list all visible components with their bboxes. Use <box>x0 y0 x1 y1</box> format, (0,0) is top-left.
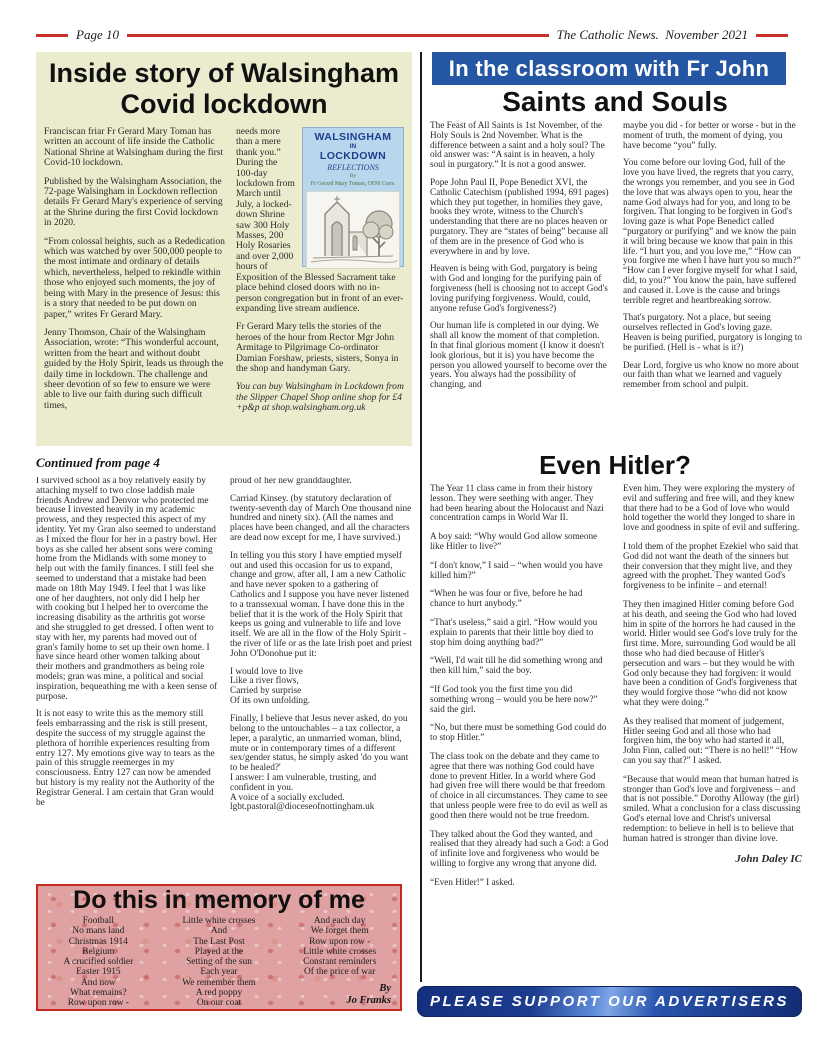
book-subtitle: REFLECTIONS <box>306 162 400 173</box>
classroom-banner-label: In the classroom with Fr John <box>449 56 769 82</box>
hitler-column-2-text: Even him. They were exploring the myster… <box>623 484 802 843</box>
paragraph: Pope John Paul II, Pope Benedict XVI, th… <box>430 178 609 256</box>
poem-line: The Last Post <box>159 937 280 947</box>
poem-line: On our coat <box>159 998 280 1008</box>
walsingham-headline: Inside story of Walsingham Covid lockdow… <box>44 58 404 120</box>
saints-column-1: The Feast of All Saints is 1st November,… <box>430 121 609 451</box>
paragraph: Finally, I believe that Jesus never aske… <box>230 715 412 774</box>
paragraph: proud of her new granddaughter. <box>230 477 412 487</box>
paragraph: Jenny Thomson, Chair of the Walsingham A… <box>44 328 226 411</box>
memory-column-2: Little white crossesAndThe Last PostPlay… <box>159 916 280 1009</box>
poem-line: Christmas 1914 <box>38 937 159 947</box>
masthead-rule-left <box>36 34 68 37</box>
paragraph: Carriad Kinsey. (by statutory declaratio… <box>230 495 412 544</box>
paragraph: They talked about the God they wanted, a… <box>430 830 609 869</box>
book-by-label: By <box>306 173 400 180</box>
walsingham-column-2: WALSINGHAM IN LOCKDOWN REFLECTIONS By Fr… <box>236 127 404 422</box>
paragraph: Our human life is completed in our dying… <box>430 321 609 390</box>
paragraph: “Well, I'd wait till he did something wr… <box>430 656 609 676</box>
continued-column-1: I survived school as a boy relatively ea… <box>36 477 218 881</box>
poem-line: And each day <box>279 916 400 926</box>
poem-line: Easter 1915 <box>38 967 159 977</box>
abbey-sketch-image <box>306 191 400 269</box>
poem-line: Played at the <box>159 947 280 957</box>
saints-article: The Feast of All Saints is 1st November,… <box>430 121 802 451</box>
paragraph: maybe you did - for better or worse - bu… <box>623 121 802 150</box>
memory-byline: By Jo Franks <box>346 983 391 1006</box>
paragraph: The Feast of All Saints is 1st November,… <box>430 121 609 170</box>
paragraph: I survived school as a boy relatively ea… <box>36 477 218 702</box>
paragraph: The class took on the debate and they ca… <box>430 752 609 821</box>
poem-line: We remember them <box>159 978 280 988</box>
newspaper-page: Page 10 The Catholic News. November 2021… <box>0 0 820 1049</box>
book-author: Fr Gerard Mary Toman, OFM Conv. <box>306 180 400 188</box>
poem-line: A crucified soldier <box>38 957 159 967</box>
paragraph: lgbt.pastoral@dioceseofnottingham.uk <box>230 803 412 813</box>
continued-column-2: proud of her new granddaughter.Carriad K… <box>230 477 412 881</box>
masthead: Page 10 The Catholic News. November 2021 <box>36 26 788 44</box>
walsingham-article: Inside story of Walsingham Covid lockdow… <box>36 52 412 446</box>
paragraph: I told them of the prophet Ezekiel who s… <box>623 542 802 591</box>
poem-line: Setting of the sun <box>159 957 280 967</box>
paragraph: Franciscan friar Fr Gerard Mary Toman ha… <box>44 127 226 169</box>
poem-line: Row upon row - <box>38 998 159 1008</box>
poem-line: A red poppy <box>159 988 280 998</box>
author-byline: John Daley IC <box>623 853 802 865</box>
paragraph: The Year 11 class came in from their his… <box>430 484 609 523</box>
paragraph: In telling you this story I have emptied… <box>230 552 412 660</box>
poem-line: Each year <box>159 967 280 977</box>
saints-headline: Saints and Souls <box>428 86 802 118</box>
poem-line: And now <box>38 978 159 988</box>
paragraph: “When he was four or five, before he had… <box>430 589 609 609</box>
book-title-line1: WALSINGHAM <box>306 132 400 143</box>
memory-byline-by: By <box>346 983 391 995</box>
walsingham-column-1: Franciscan friar Fr Gerard Mary Toman ha… <box>44 127 226 422</box>
column-divider <box>420 52 422 982</box>
paragraph: Heaven is being with God, purgatory is b… <box>430 264 609 313</box>
newspaper-title: The Catholic News. November 2021 <box>557 27 748 43</box>
paragraph: “Because that would mean that human hatr… <box>623 775 802 844</box>
poem-line: We forget them <box>279 926 400 936</box>
masthead-rule-center <box>127 34 549 37</box>
classroom-banner: In the classroom with Fr John <box>432 52 786 85</box>
hitler-headline: Even Hitler? <box>428 450 802 481</box>
paragraph: A boy said: “Why would God allow someone… <box>430 532 609 552</box>
poem-line: What remains? <box>38 988 159 998</box>
poem-line: Row upon row - <box>279 937 400 947</box>
memory-headline: Do this in memory of me <box>38 887 400 914</box>
paragraph: “From colossal heights, such as a Rededi… <box>44 237 226 320</box>
river-poem: I would love to liveLike a river flows,C… <box>230 668 412 708</box>
paragraph: Fr Gerard Mary tells the stories of the … <box>236 322 404 374</box>
poem-line: Football <box>38 916 159 926</box>
paragraph: Published by the Walsingham Association,… <box>44 177 226 229</box>
paragraph: “I don't know,” I said – “when would you… <box>430 561 609 581</box>
poem-line: Constant reminders <box>279 957 400 967</box>
poem-line: Little white crosses <box>279 947 400 957</box>
paragraph: “If God took you the first time you did … <box>430 685 609 714</box>
paragraph: “That's useless,” said a girl. “How woul… <box>430 618 609 647</box>
poem-line: Of its own unfolding. <box>230 697 412 707</box>
book-title-line3: LOCKDOWN <box>306 151 400 162</box>
advertisers-banner: PLEASE SUPPORT OUR ADVERTISERS <box>417 986 802 1017</box>
poem-line: Belgium <box>38 947 159 957</box>
memory-byline-name: Jo Franks <box>346 995 391 1007</box>
hitler-column-2: Even him. They were exploring the myster… <box>623 484 802 980</box>
saints-column-2: maybe you did - for better or worse - bu… <box>623 121 802 451</box>
poem-line: And <box>159 926 280 936</box>
page-number: Page 10 <box>76 27 119 43</box>
paragraph: Even him. They were exploring the myster… <box>623 484 802 533</box>
memory-column-1: FootballNo mans landChristmas 1914Belgiu… <box>38 916 159 1009</box>
paragraph: They then imagined Hitler coming before … <box>623 600 802 708</box>
paragraph: That's purgatory. Not a place, but seein… <box>623 313 802 352</box>
advertisers-banner-label: PLEASE SUPPORT OUR ADVERTISERS <box>430 993 789 1010</box>
paragraph: “Even Hitler!” I asked. <box>430 878 609 888</box>
book-cover: WALSINGHAM IN LOCKDOWN REFLECTIONS By Fr… <box>302 127 404 267</box>
paragraph: You come before our loving God, full of … <box>623 158 802 305</box>
paragraph: “No, but there must be something God cou… <box>430 723 609 743</box>
continued-article: I survived school as a boy relatively ea… <box>36 477 412 881</box>
poem-line: Little white crosses <box>159 916 280 926</box>
paragraph: I answer: I am vulnerable, trusting, and… <box>230 774 412 794</box>
paragraph: Dear Lord, forgive us who know no more a… <box>623 361 802 390</box>
continued-closing: Finally, I believe that Jesus never aske… <box>230 715 412 813</box>
paragraph: As they realised that moment of judgemen… <box>623 717 802 766</box>
continued-heading: Continued from page 4 <box>36 455 160 471</box>
masthead-rule-right <box>756 34 788 37</box>
poem-line: Of the price of war <box>279 967 400 977</box>
poem-line: No mans land <box>38 926 159 936</box>
hitler-article: The Year 11 class came in from their his… <box>430 484 802 980</box>
continued-column-2-text: proud of her new granddaughter.Carriad K… <box>230 477 412 660</box>
hitler-column-1: The Year 11 class came in from their his… <box>430 484 609 980</box>
paragraph: It is not easy to write this as the memo… <box>36 710 218 808</box>
buy-note: You can buy Walsingham in Lockdown from … <box>236 382 404 413</box>
memory-poem-box: Do this in memory of me FootballNo mans … <box>36 884 402 1011</box>
